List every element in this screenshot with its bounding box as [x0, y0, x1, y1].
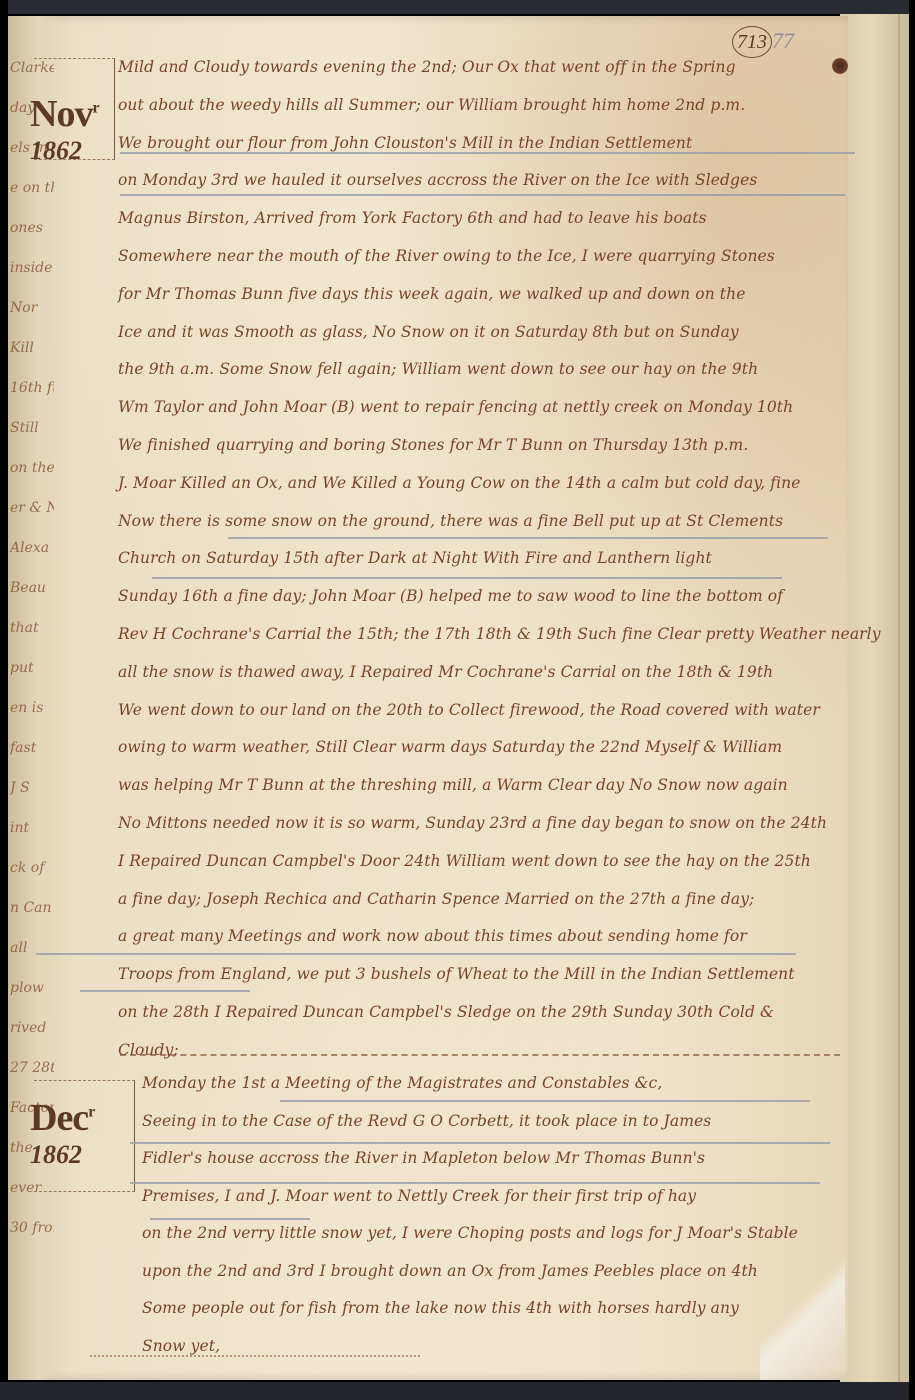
- month-bracket: [34, 1080, 135, 1192]
- margin-fragment: that: [10, 620, 54, 636]
- journal-line: Church on Saturday 15th after Dark at Ni…: [118, 549, 712, 567]
- journal-line: upon the 2nd and 3rd I brought down an O…: [142, 1262, 758, 1280]
- margin-fragment: Kill: [10, 340, 54, 356]
- margin-fragment: Beau: [10, 580, 54, 596]
- pencil-underline: [120, 194, 845, 196]
- section-divider: [120, 1054, 840, 1056]
- margin-fragment: e on the: [10, 180, 54, 196]
- journal-line: We went down to our land on the 20th to …: [118, 701, 820, 719]
- journal-line: all the snow is thawed away, I Repaired …: [118, 663, 773, 681]
- journal-line: Rev H Cochrane's Carrial the 15th; the 1…: [118, 625, 881, 643]
- margin-fragment: J S: [10, 780, 54, 796]
- journal-line: owing to warm weather, Still Clear warm …: [118, 738, 782, 756]
- journal-line: Cloudy;: [118, 1041, 179, 1059]
- margin-fragment: er & Now: [10, 500, 54, 516]
- journal-line: a great many Meetings and work now about…: [118, 927, 747, 945]
- pencil-underline: [228, 537, 828, 539]
- journal-line: Some people out for fish from the lake n…: [142, 1299, 739, 1317]
- journal-line: Wm Taylor and John Moar (B) went to repa…: [118, 398, 793, 416]
- journal-line: We finished quarrying and boring Stones …: [118, 436, 748, 454]
- margin-fragment: en is: [10, 700, 54, 716]
- pencil-underline: [120, 152, 855, 154]
- pencil-underline: [80, 990, 250, 992]
- journal-line: We brought our flour from John Clouston'…: [118, 134, 692, 152]
- month-bracket: [34, 58, 115, 160]
- journal-line: for Mr Thomas Bunn five days this week a…: [118, 285, 746, 303]
- end-flourish: [90, 1355, 420, 1357]
- journal-line: the 9th a.m. Some Snow fell again; Willi…: [118, 360, 758, 378]
- journal-line: Sunday 16th a fine day; John Moar (B) he…: [118, 587, 783, 605]
- journal-line: on the 2nd verry little snow yet, I were…: [142, 1224, 798, 1242]
- margin-fragment: fast: [10, 740, 54, 756]
- ink-blot: [832, 58, 848, 74]
- journal-line: Premises, I and J. Moar went to Nettly C…: [142, 1187, 696, 1205]
- journal-line: Ice and it was Smooth as glass, No Snow …: [118, 323, 739, 341]
- journal-line: Mild and Cloudy towards evening the 2nd;…: [118, 58, 736, 76]
- journal-line: Troops from England, we put 3 bushels of…: [118, 965, 795, 983]
- margin-fragment: put: [10, 660, 54, 676]
- journal-line: Monday the 1st a Meeting of the Magistra…: [142, 1074, 662, 1092]
- pencil-underline: [280, 1100, 810, 1102]
- margin-fragment: plow: [10, 980, 54, 996]
- scan-frame-bottom: [0, 1382, 915, 1400]
- page-number-pencil: 77: [772, 28, 794, 54]
- margin-fragment: n Can: [10, 900, 54, 916]
- journal-line: on the 28th I Repaired Duncan Campbel's …: [118, 1003, 774, 1021]
- pencil-underline: [130, 1142, 830, 1144]
- pencil-underline: [36, 953, 796, 955]
- journal-line: I Repaired Duncan Campbel's Door 24th Wi…: [118, 852, 811, 870]
- margin-fragment: Still: [10, 420, 54, 436]
- margin-fragment: 27 28th: [10, 1060, 54, 1076]
- scan-frame-top: [0, 0, 915, 14]
- margin-fragment: inside: [10, 260, 54, 276]
- margin-fragment: Alexa: [10, 540, 54, 556]
- scan-frame-right: [909, 0, 915, 1400]
- margin-fragment: ones: [10, 220, 54, 236]
- margin-fragment: 16th full: [10, 380, 54, 396]
- pencil-underline: [130, 1182, 820, 1184]
- page-corner-fold: [760, 1240, 845, 1380]
- margin-fragment: on the: [10, 460, 54, 476]
- page-number: 713: [732, 26, 772, 58]
- board-edge: [898, 14, 900, 1382]
- journal-line: Snow yet,: [142, 1337, 220, 1355]
- margin-fragment: 30 from: [10, 1220, 54, 1236]
- margin-fragment: int: [10, 820, 54, 836]
- pencil-underline: [152, 577, 782, 579]
- journal-line: on Monday 3rd we hauled it ourselves acc…: [118, 171, 757, 189]
- journal-line: Fidler's house accross the River in Mapl…: [142, 1149, 705, 1167]
- margin-fragment: ck of: [10, 860, 54, 876]
- journal-line: No Mittons needed now it is so warm, Sun…: [118, 814, 827, 832]
- journal-line: Somewhere near the mouth of the River ow…: [118, 247, 775, 265]
- journal-line: a fine day; Joseph Rechica and Catharin …: [118, 890, 754, 908]
- margin-fragment: rived: [10, 1020, 54, 1036]
- margin-fragment: Nor: [10, 300, 54, 316]
- journal-line: Now there is some snow on the ground, th…: [118, 512, 783, 530]
- journal-line: Seeing in to the Case of the Revd G O Co…: [142, 1112, 711, 1130]
- scan-frame-left: [0, 0, 8, 1400]
- journal-line: Magnus Birston, Arrived from York Factor…: [118, 209, 707, 227]
- journal-line: J. Moar Killed an Ox, and We Killed a Yo…: [118, 474, 801, 492]
- pencil-underline: [150, 1218, 310, 1220]
- journal-line: was helping Mr T Bunn at the threshing m…: [118, 776, 788, 794]
- journal-line: out about the weedy hills all Summer; ou…: [118, 96, 745, 114]
